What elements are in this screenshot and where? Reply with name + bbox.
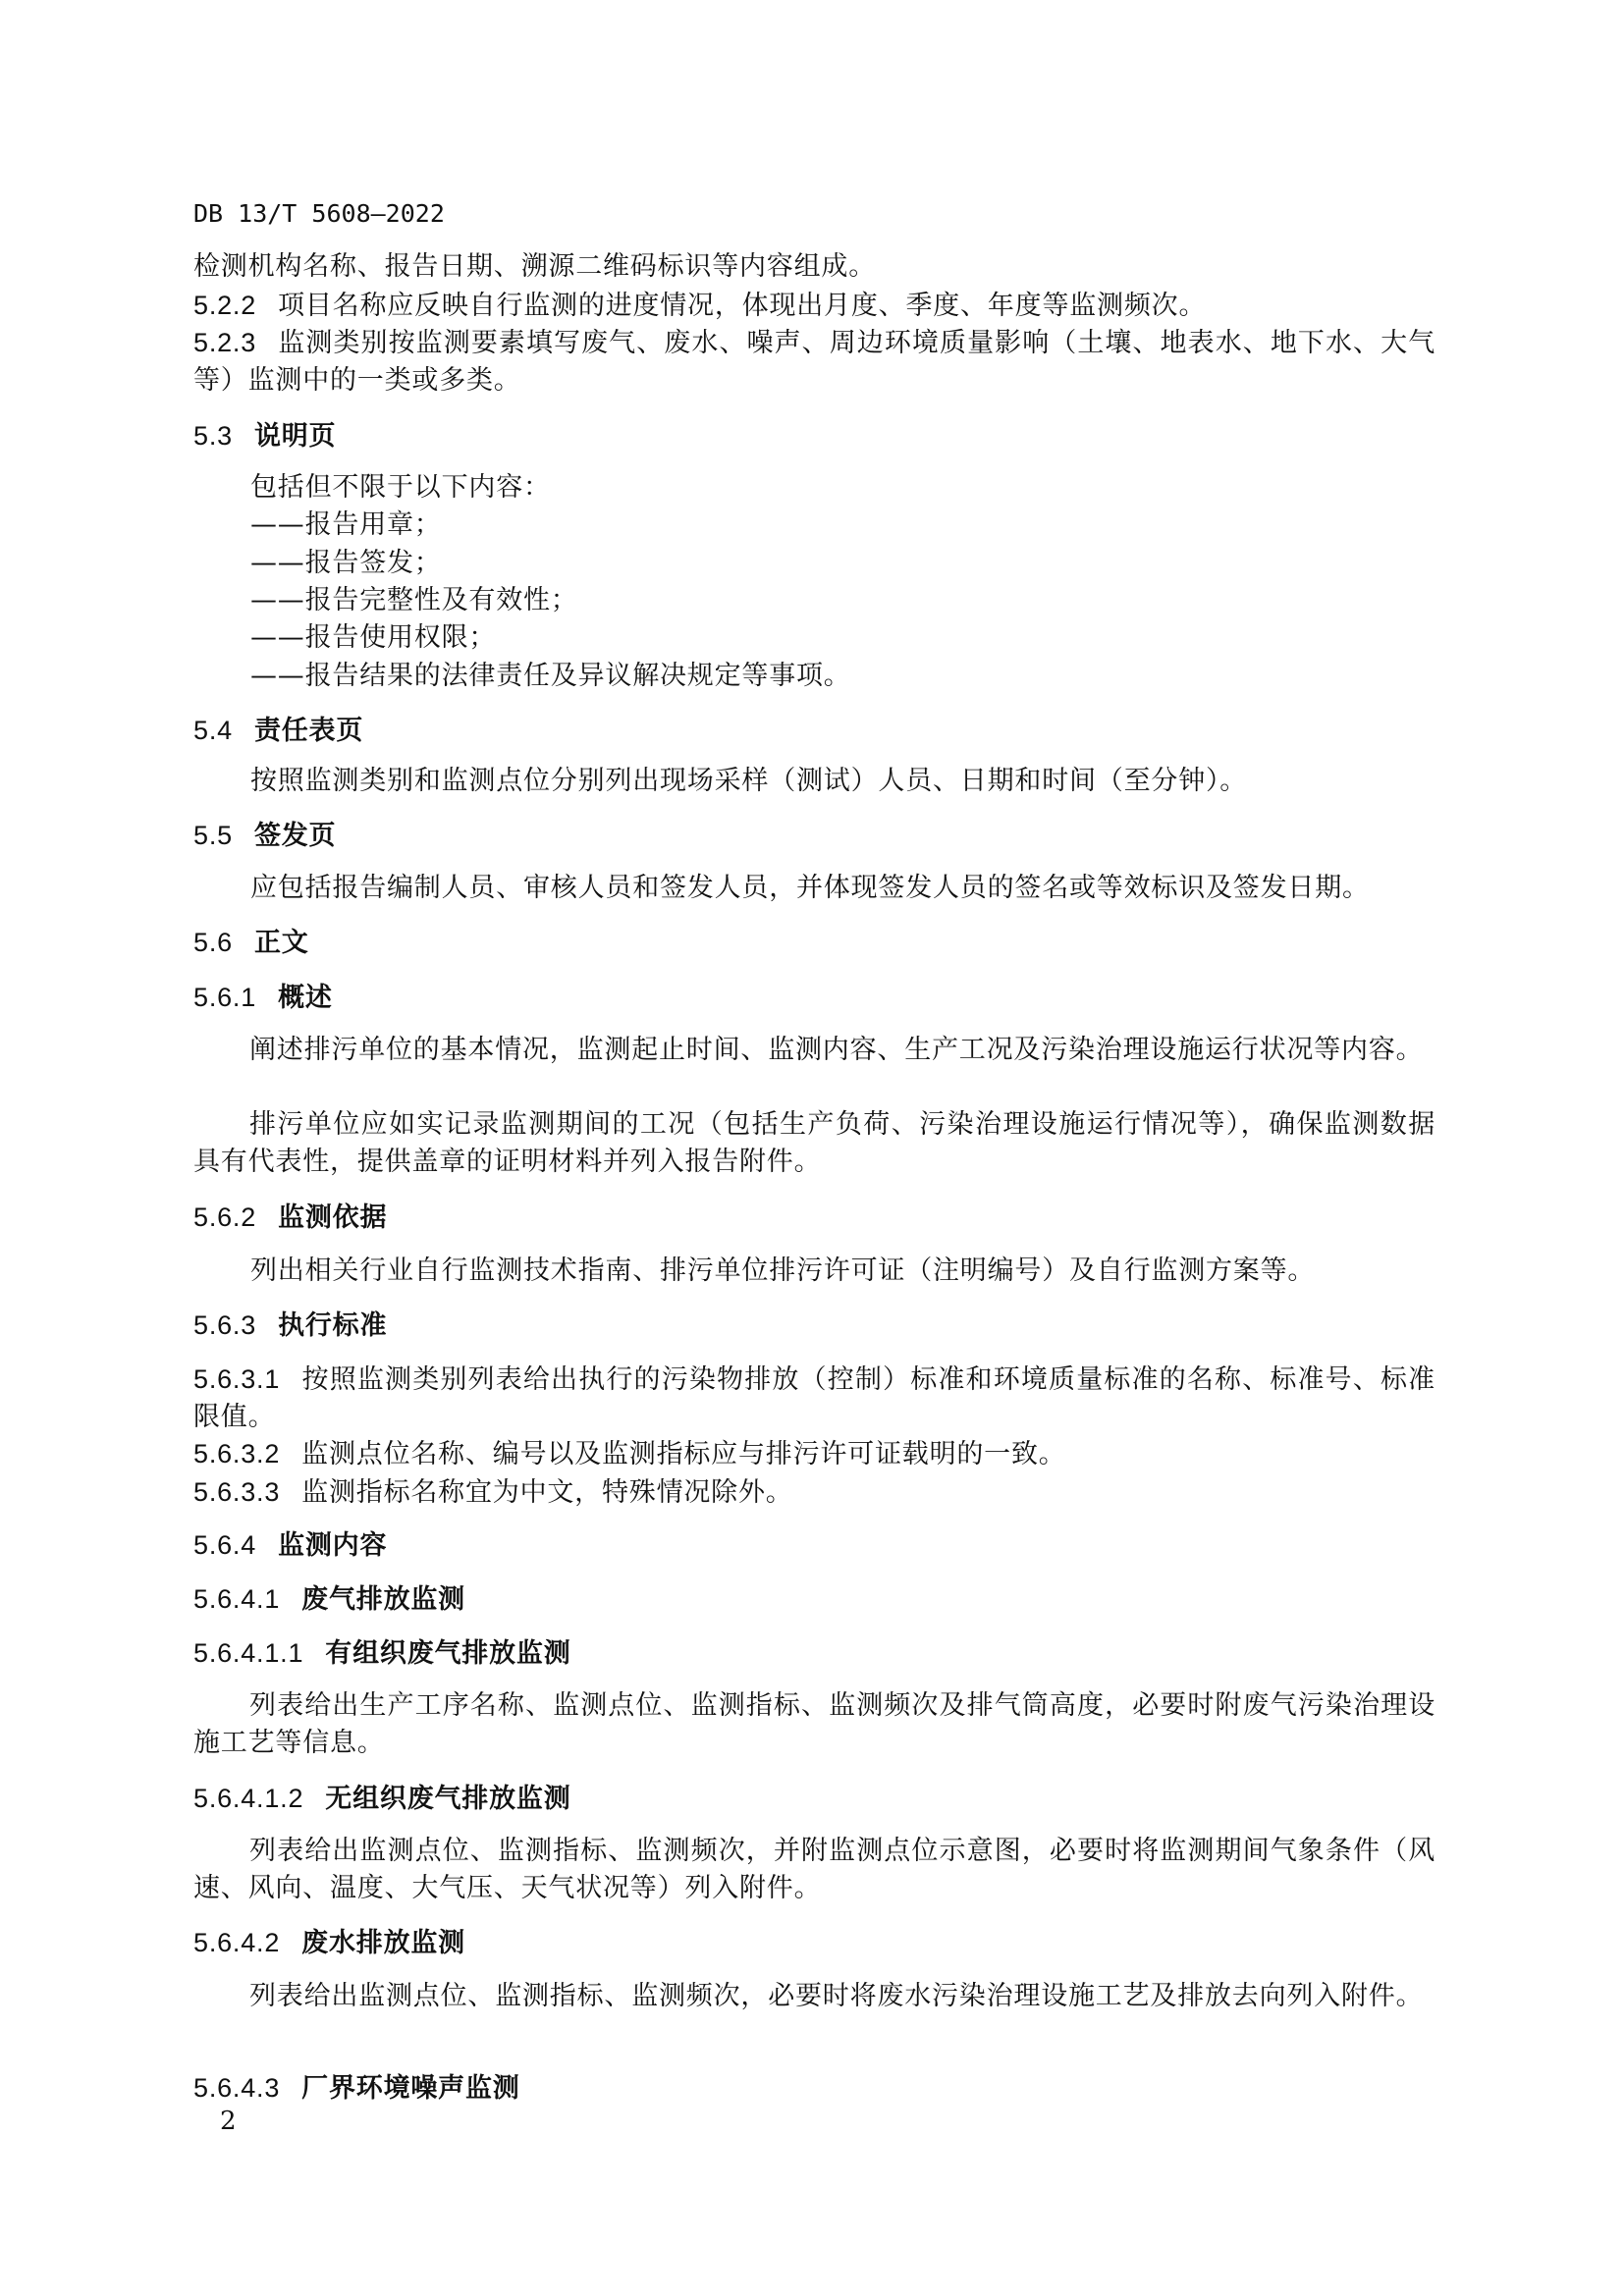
- clause-number: 5.6.3.1: [193, 1364, 280, 1394]
- heading-number: 5.6.2: [193, 1202, 256, 1232]
- heading-number: 5.3: [193, 421, 233, 451]
- heading-number: 5.4: [193, 716, 233, 745]
- clause-5-6-3-1: 5.6.3.1按照监测类别列表给出执行的污染物排放（控制）标准和环境质量标准的名…: [193, 1361, 1435, 1436]
- heading-5-6-4-2: 5.6.4.2废水排放监测: [193, 1924, 1435, 1962]
- heading-5-4: 5.4责任表页: [193, 712, 1435, 750]
- heading-5-6-4: 5.6.4监测内容: [193, 1526, 1435, 1565]
- clause-5-2-3: 5.2.3监测类别按监测要素填写废气、废水、噪声、周边环境质量影响（土壤、地表水…: [193, 324, 1435, 400]
- heading-5-6-4-3: 5.6.4.3厂界环境噪声监测: [193, 2069, 1435, 2108]
- heading-5-6: 5.6正文: [193, 924, 1435, 962]
- heading-5-6-4-1-2: 5.6.4.1.2无组织废气排放监测: [193, 1780, 1435, 1818]
- heading-number: 5.6: [193, 928, 233, 957]
- heading-5-6-3: 5.6.3执行标准: [193, 1307, 1435, 1345]
- heading-title: 签发页: [254, 821, 336, 851]
- heading-title: 有组织废气排放监测: [325, 1638, 570, 1669]
- clause-text: 按照监测类别列表给出执行的污染物排放（控制）标准和环境质量标准的名称、标准号、标…: [193, 1364, 1435, 1432]
- heading-5-5: 5.5签发页: [193, 817, 1435, 855]
- list-item: ——报告结果的法律责任及异议解决规定等事项。: [250, 658, 1492, 695]
- heading-number: 5.6.3: [193, 1310, 256, 1340]
- paragraph: 应包括报告编制人员、审核人员和签发人员，并体现签发人员的签名或等效标识及签发日期…: [250, 870, 1492, 907]
- clause-text: 监测指标名称宜为中文，特殊情况除外。: [301, 1477, 792, 1508]
- clause-number: 5.6.3.3: [193, 1477, 280, 1507]
- body-text: 检测机构名称、报告日期、溯源二维码标识等内容组成。: [193, 248, 1435, 286]
- heading-number: 5.6.4: [193, 1530, 256, 1560]
- heading-title: 责任表页: [254, 716, 363, 746]
- list-item: ——报告签发；: [250, 545, 1492, 582]
- heading-title: 厂界环境噪声监测: [301, 2073, 519, 2104]
- heading-number: 5.6.4.2: [193, 1928, 280, 1957]
- heading-title: 无组织废气排放监测: [325, 1784, 570, 1814]
- clause-5-6-3-2: 5.6.3.2监测点位名称、编号以及监测指标应与排污许可证载明的一致。: [193, 1435, 1435, 1473]
- list-item: ——报告完整性及有效性；: [250, 582, 1492, 619]
- paragraph: 排污单位应如实记录监测期间的工况（包括生产负荷、污染治理设施运行情况等），确保监…: [193, 1106, 1435, 1181]
- heading-5-6-4-1: 5.6.4.1废气排放监测: [193, 1580, 1435, 1619]
- heading-title: 监测依据: [278, 1202, 387, 1233]
- clause-5-2-2: 5.2.2项目名称应反映自行监测的进度情况，体现出月度、季度、年度等监测频次。: [193, 287, 1435, 325]
- clause-5-6-3-3: 5.6.3.3监测指标名称宜为中文，特殊情况除外。: [193, 1473, 1435, 1512]
- heading-title: 废水排放监测: [301, 1928, 465, 1958]
- paragraph: 列表给出监测点位、监测指标、监测频次，并附监测点位示意图，必要时将监测期间气象条…: [193, 1833, 1435, 1907]
- clause-number: 5.2.2: [193, 291, 256, 320]
- heading-number: 5.6.1: [193, 983, 256, 1012]
- heading-number: 5.6.4.3: [193, 2073, 280, 2103]
- paragraph: 列出相关行业自行监测技术指南、排污单位排污许可证（注明编号）及自行监测方案等。: [250, 1253, 1492, 1290]
- heading-5-6-1: 5.6.1概述: [193, 979, 1435, 1017]
- heading-5-6-2: 5.6.2监测依据: [193, 1199, 1435, 1237]
- clause-text: 监测点位名称、编号以及监测指标应与排污许可证载明的一致。: [301, 1439, 1065, 1469]
- heading-number: 5.6.4.1.1: [193, 1638, 303, 1668]
- heading-title: 废气排放监测: [301, 1584, 465, 1615]
- standard-code-header: DB 13/T 5608—2022: [193, 195, 1435, 233]
- heading-title: 监测内容: [278, 1530, 387, 1561]
- heading-title: 执行标准: [278, 1310, 387, 1341]
- heading-title: 正文: [254, 928, 309, 958]
- heading-number: 5.6.4.1.2: [193, 1784, 303, 1813]
- heading-title: 概述: [278, 983, 333, 1013]
- paragraph: 包括但不限于以下内容：: [250, 469, 1492, 507]
- clause-number: 5.6.3.2: [193, 1439, 280, 1468]
- list-item: ——报告用章；: [250, 507, 1492, 544]
- page-number: 2: [220, 2107, 237, 2136]
- paragraph: 列表给出生产工序名称、监测点位、监测指标、监测频次及排气筒高度，必要时附废气污染…: [193, 1687, 1435, 1762]
- heading-number: 5.6.4.1: [193, 1584, 280, 1614]
- heading-title: 说明页: [254, 421, 336, 452]
- heading-number: 5.5: [193, 821, 233, 850]
- paragraph: 按照监测类别和监测点位分别列出现场采样（测试）人员、日期和时间（至分钟）。: [250, 763, 1492, 800]
- list-item: ——报告使用权限；: [250, 619, 1492, 657]
- clause-text: 监测类别按监测要素填写废气、废水、噪声、周边环境质量影响（土壤、地表水、地下水、…: [193, 328, 1435, 396]
- heading-5-3: 5.3说明页: [193, 417, 1435, 455]
- paragraph: 阐述排污单位的基本情况，监测起止时间、监测内容、生产工况及污染治理设施运行状况等…: [193, 1032, 1435, 1069]
- paragraph: 列表给出监测点位、监测指标、监测频次，必要时将废水污染治理设施工艺及排放去向列入…: [193, 1978, 1435, 2015]
- clause-number: 5.2.3: [193, 328, 256, 357]
- clause-text: 项目名称应反映自行监测的进度情况，体现出月度、季度、年度等监测频次。: [278, 291, 1206, 321]
- heading-5-6-4-1-1: 5.6.4.1.1有组织废气排放监测: [193, 1634, 1435, 1673]
